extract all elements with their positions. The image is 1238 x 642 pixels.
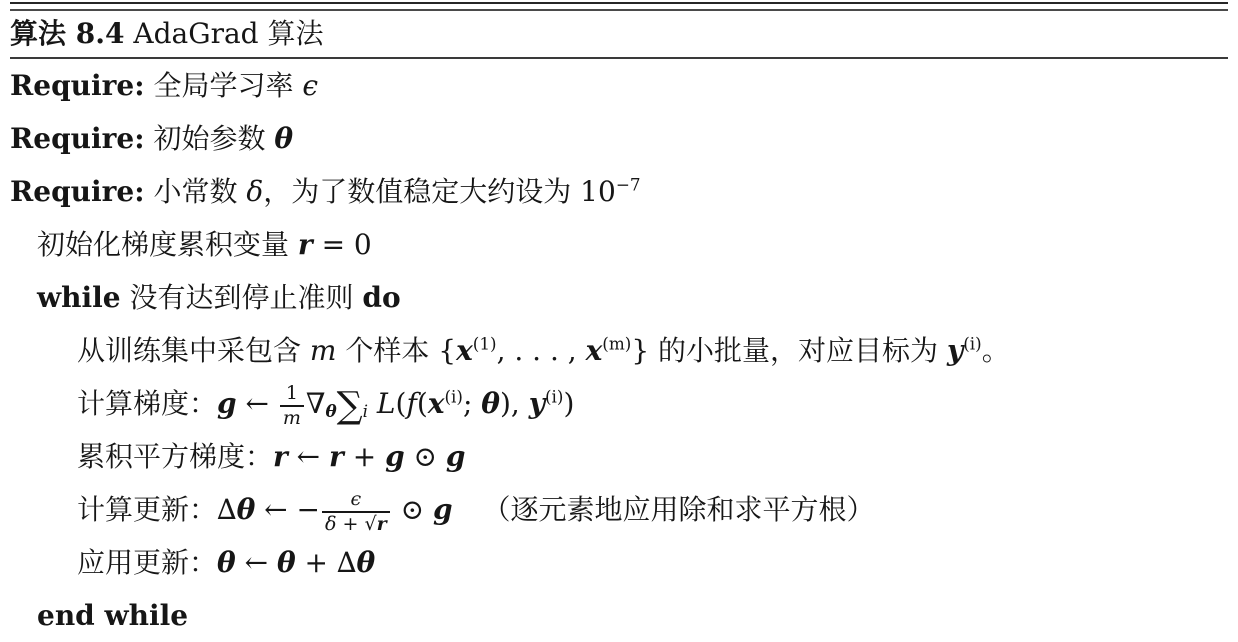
accumulate-label: 累积平方梯度：	[77, 440, 273, 473]
require-text: 初始参数	[145, 122, 275, 155]
sample-text: 个样本 {	[336, 334, 456, 367]
while-condition: 没有达到停止准则	[121, 281, 363, 314]
plus-operator: +	[344, 440, 385, 473]
ellipsis: , . . . ,	[497, 334, 586, 367]
sum-operator: ∑	[337, 383, 363, 426]
sample-text: } 的小批量，对应目标为	[631, 334, 947, 367]
require-keyword: Require:	[10, 69, 145, 102]
semicolon: ;	[463, 387, 481, 420]
superscript-i: (i)	[963, 334, 981, 354]
init-value: = 0	[313, 228, 372, 261]
apply-update-line: 应用更新：θ ← θ + ∆θ	[10, 536, 1228, 589]
algorithm-number: 算法 8.4	[10, 17, 124, 50]
delta-symbol: ∆	[337, 546, 357, 579]
fraction-1-over-m: 1m	[280, 382, 304, 429]
require-keyword: Require:	[10, 122, 145, 155]
assign-arrow: ←	[236, 546, 277, 579]
fraction-denominator: m	[280, 405, 304, 429]
apply-update-label: 应用更新：	[77, 546, 217, 579]
superscript-m: (m)	[602, 334, 631, 354]
var-theta: θ	[217, 546, 236, 579]
var-delta: δ	[246, 175, 263, 208]
fraction-denominator: δ + √r	[322, 511, 390, 535]
var-r: r	[298, 228, 313, 261]
top-rule	[10, 2, 1228, 11]
var-r: r	[377, 511, 387, 535]
sample-text: 从训练集中采包含	[77, 334, 310, 367]
var-theta: θ	[481, 387, 500, 420]
paren: (	[417, 387, 428, 420]
minus-sign: −	[297, 493, 320, 526]
var-r: r	[273, 440, 288, 473]
require-text: 小常数	[145, 175, 247, 208]
fraction-eps-over-delta-plus-sqrt-r: ϵδ + √r	[322, 488, 390, 535]
elementwise-note: （逐元素地应用除和求平方根）	[483, 493, 875, 526]
var-x: x	[428, 387, 445, 420]
var-theta: θ	[277, 546, 296, 579]
var-g: g	[446, 440, 466, 473]
loss-function-L: L	[368, 387, 396, 420]
den-delta-plus: δ +	[325, 513, 365, 535]
end-while-keyword: end while	[37, 599, 188, 632]
fraction-numerator: ϵ	[348, 488, 365, 510]
paren: (	[396, 387, 407, 420]
assign-arrow: ←	[237, 387, 278, 420]
while-line: while 没有达到停止准则 do	[10, 271, 1228, 324]
require-learning-rate: Require: 全局学习率 ϵ	[10, 59, 1228, 112]
var-y: y	[947, 334, 963, 367]
var-theta: θ	[274, 122, 293, 155]
require-keyword: Require:	[10, 175, 145, 208]
var-x: x	[586, 334, 603, 367]
sample-text: 。	[982, 334, 1010, 367]
do-keyword: do	[362, 281, 400, 314]
while-keyword: while	[37, 281, 121, 314]
var-g: g	[385, 440, 405, 473]
superscript-i: (i)	[444, 387, 462, 407]
var-x: x	[456, 334, 473, 367]
var-m: m	[310, 334, 337, 367]
var-theta: θ	[356, 546, 375, 579]
accumulate-gradient-line: 累积平方梯度：r ← r + g ⊙ g	[10, 430, 1228, 483]
nabla-operator: ∇	[306, 387, 326, 420]
var-g: g	[433, 493, 453, 526]
sqrt-sign: √	[365, 513, 377, 535]
compute-gradient-label: 计算梯度：	[77, 387, 217, 420]
compute-update-line: 计算更新：∆θ ← −ϵδ + √r ⊙ g（逐元素地应用除和求平方根）	[10, 483, 1228, 536]
assign-arrow: ←	[288, 440, 329, 473]
odot-operator: ⊙	[405, 440, 446, 473]
var-r: r	[329, 440, 344, 473]
fraction-numerator: 1	[283, 382, 301, 404]
number-exponent: −7	[616, 175, 641, 195]
algorithm-name: AdaGrad 算法	[124, 17, 323, 50]
init-accumulator-line: 初始化梯度累积变量 r = 0	[10, 218, 1228, 271]
var-y: y	[529, 387, 545, 420]
require-text: 全局学习率	[145, 69, 303, 102]
nabla-subscript-theta: θ	[325, 401, 336, 421]
superscript-1: (1)	[473, 334, 497, 354]
sample-minibatch-line: 从训练集中采包含 m 个样本 {x(1), . . . , x(m)} 的小批量…	[10, 324, 1228, 377]
delta-symbol: ∆	[217, 493, 237, 526]
model-function-f: f	[406, 387, 416, 420]
var-g: g	[217, 387, 237, 420]
init-text: 初始化梯度累积变量	[37, 228, 298, 261]
require-small-constant: Require: 小常数 δ，为了数值稳定大约设为 10−7	[10, 165, 1228, 218]
superscript-i: (i)	[545, 387, 563, 407]
plus-operator: +	[296, 546, 337, 579]
var-epsilon: ϵ	[302, 69, 318, 102]
number-base: 10	[580, 175, 616, 208]
compute-gradient-line: 计算梯度：g ← 1m∇θ∑i L(f(x(i); θ), y(i))	[10, 377, 1228, 430]
paren: ),	[500, 387, 529, 420]
require-text: ，为了数值稳定大约设为	[263, 175, 580, 208]
require-initial-params: Require: 初始参数 θ	[10, 112, 1228, 165]
odot-operator: ⊙	[392, 493, 433, 526]
end-while-line: end while	[10, 589, 1228, 642]
assign-arrow: ←	[255, 493, 296, 526]
paren: )	[563, 387, 574, 420]
algorithm-box: 算法 8.4 AdaGrad 算法 Require: 全局学习率 ϵ Requi…	[0, 2, 1238, 642]
algorithm-title: 算法 8.4 AdaGrad 算法	[10, 11, 1228, 57]
compute-update-label: 计算更新：	[77, 493, 217, 526]
var-theta: θ	[237, 493, 256, 526]
